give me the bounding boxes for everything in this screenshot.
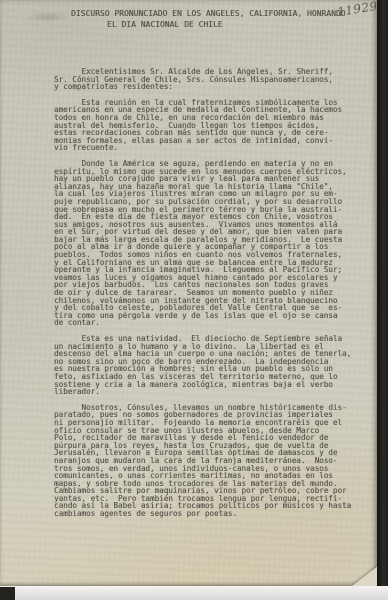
document-title-line-2: EL DIA NACIONAL DE CHILE bbox=[107, 20, 223, 29]
scan-edge-right bbox=[377, 0, 388, 588]
document-page: DISCURSO PRONUNCIADO EN LOS ANGELES, CAL… bbox=[0, 0, 377, 586]
document-body: Excelentísimos Sr. Alcalde de Los Angele… bbox=[54, 68, 366, 526]
scan-background-bottom bbox=[0, 586, 388, 600]
paragraph-salutation: Excelentísimos Sr. Alcalde de Los Angele… bbox=[54, 68, 366, 91]
document-title-line-1: DISCURSO PRONUNCIADO EN LOS ANGELES, CAL… bbox=[71, 9, 346, 18]
paragraph-chile-tribute: Donde la América se aguza, perdiendo en … bbox=[54, 160, 366, 327]
paper-fold-corner bbox=[352, 566, 378, 586]
paragraph-consules: Nosotros, Cónsules, llevamos un nombre h… bbox=[54, 404, 366, 518]
ink-smudge bbox=[18, 10, 78, 24]
paragraph-opening-reunion: Esta reunión en la cual fraternizamos si… bbox=[54, 99, 366, 152]
scanned-document-view: DISCURSO PRONUNCIADO EN LOS ANGELES, CAL… bbox=[0, 0, 388, 600]
scan-corner-bottom-left bbox=[0, 587, 15, 600]
paragraph-natividad: Esta es una natividad. El dieciocho de S… bbox=[54, 335, 366, 396]
